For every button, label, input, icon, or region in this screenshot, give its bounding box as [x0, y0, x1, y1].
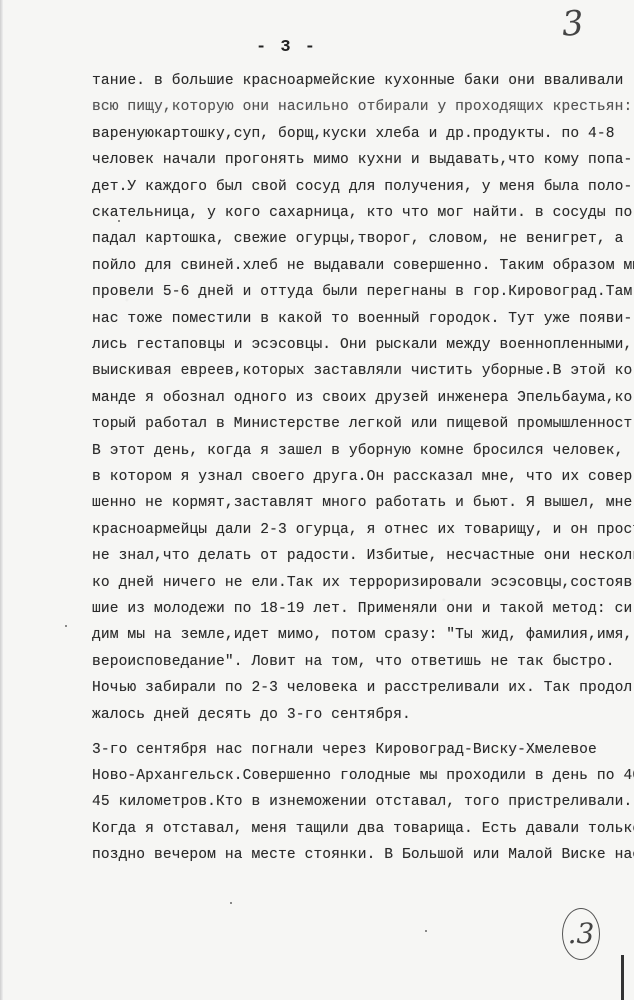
text-line: жалось дней десять до 3-го сентября. — [92, 707, 411, 723]
text-line: Ново-Архангельск.Совершенно голодные мы … — [92, 768, 634, 784]
text-line: шие из молодежи по 18-19 лет. Применяли … — [92, 601, 634, 617]
text-line: лись гестаповцы и эсэсовцы. Они рыскали … — [92, 337, 632, 353]
page-number: - 3 - — [256, 38, 317, 57]
scan-speck — [65, 625, 67, 627]
text-line: В этот день, когда я зашел в уборную ком… — [92, 443, 623, 459]
page-left-edge — [0, 0, 3, 1000]
text-line: выискивая евреев,которых заставляли чист… — [92, 363, 634, 379]
text-line: варенуюкартошку,суп, борщ,куски хлеба и … — [92, 126, 615, 142]
text-line: скательница, у кого сахарница, кто что м… — [92, 205, 634, 221]
text-line: вероисповедание". Ловит на том, что отве… — [92, 654, 615, 670]
text-line: тание. в большие красноармейские кухонны… — [92, 73, 623, 89]
text-line: шенно не кормят,заставлят много работать… — [92, 495, 632, 511]
text-line: ко дней ничего не ели.Так их терроризиро… — [92, 575, 634, 591]
text-line: поздно вечером на месте стоянки. В Больш… — [92, 847, 634, 863]
text-line: торый работал в Министерстве легкой или … — [92, 416, 632, 432]
text-line: всю пищу,которую они насильно отбирали у… — [92, 99, 632, 115]
scan-speck — [230, 902, 232, 904]
text-line: в котором я узнал своего друга.Он расска… — [92, 469, 634, 485]
text-line: не знал,что делать от радости. Избитые, … — [92, 548, 634, 564]
text-line: 3-го сентября нас погнали через Кировогр… — [92, 742, 597, 758]
text-line: нас тоже поместили в какой то военный го… — [92, 311, 632, 327]
text-line: манде я обознал одного из своих друзей и… — [92, 390, 634, 406]
text-line: Ночью забирали по 2-3 человека и расстре… — [92, 680, 634, 696]
text-line: дим мы на земле,идет мимо, потом сразу: … — [92, 627, 632, 643]
scan-speck — [425, 930, 427, 932]
handwritten-page-number-top: 3 — [561, 3, 585, 44]
text-line: Когда я отставал, меня тащили два товари… — [92, 821, 634, 837]
handwritten-circled-number: .3 — [562, 908, 600, 960]
text-line: 45 километров.Кто в изнеможении отставал… — [92, 794, 632, 810]
document-page: - 3 - 3 тание. в большие красноармейские… — [0, 0, 634, 1000]
text-line: провели 5-6 дней и оттуда были перегнаны… — [92, 284, 632, 300]
text-line: красноармейцы дали 2-3 огурца, я отнес и… — [92, 522, 634, 538]
scan-speck — [118, 220, 120, 222]
scan-edge-mark — [621, 955, 624, 1000]
text-line: пойло для свиней.хлеб не выдавали соверш… — [92, 258, 634, 274]
text-line: человек начали прогонять мимо кухни и вы… — [92, 152, 632, 168]
text-line: падал картошка, свежие огурцы,творог, сл… — [92, 231, 623, 247]
text-line: дет.У каждого был свой сосуд для получен… — [92, 179, 632, 195]
